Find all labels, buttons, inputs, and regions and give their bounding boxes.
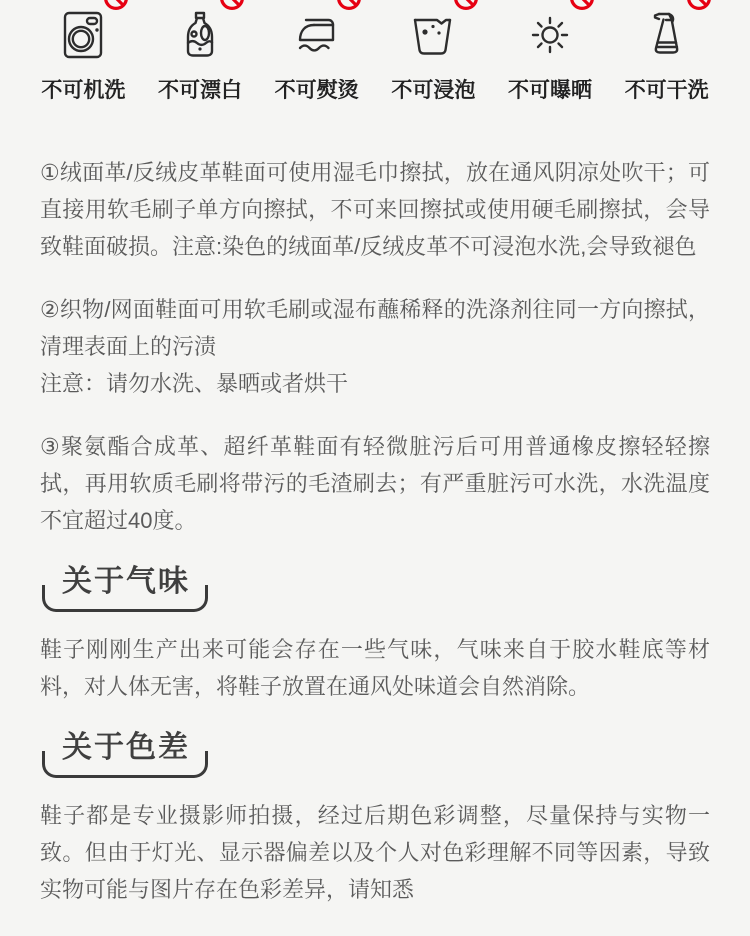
care-paragraph-synthetic: ③聚氨酯合成革、超纤革鞋面有轻微脏污后可用普通橡皮擦轻轻擦拭，再用软质毛刷将带污… <box>40 428 710 539</box>
care-item-no-sun: 不可曝晒 <box>492 10 609 104</box>
care-icons-row: 不可机洗 不可漂白 <box>0 0 750 104</box>
care-paragraph-fabric-text: ②织物/网面鞋面可用软毛刷或湿布蘸稀释的洗涤剂往同一方向擦拭，清理表面上的污渍 <box>40 297 710 359</box>
prohibition-badge-icon <box>219 0 245 11</box>
care-instructions-content: ①绒面革/反绒皮革鞋面可使用湿毛巾擦拭，放在通风阴凉处吹干；可直接用软毛刷子单方… <box>40 154 710 908</box>
care-label: 不可漂白 <box>158 74 242 104</box>
care-label: 不可熨烫 <box>275 74 359 104</box>
care-item-no-bleach: 不可漂白 <box>142 10 259 104</box>
bleach-bottle-icon <box>175 10 225 60</box>
care-item-no-machine-wash: 不可机洗 <box>25 10 142 104</box>
care-label: 不可机洗 <box>41 74 125 104</box>
prohibition-badge-icon <box>686 0 712 11</box>
iron-icon <box>292 10 342 60</box>
care-label: 不可干洗 <box>625 74 709 104</box>
odor-section-heading: 关于气味 <box>40 565 710 613</box>
washing-machine-icon <box>58 10 108 60</box>
care-item-no-iron: 不可熨烫 <box>258 10 375 104</box>
care-label: 不可浸泡 <box>391 74 475 104</box>
sun-icon <box>525 10 575 60</box>
color-section-title: 关于色差 <box>40 731 710 765</box>
soak-basin-icon <box>408 10 458 60</box>
care-paragraph-fabric-note: 注意：请勿水洗、暴晒或者烘干 <box>40 365 710 402</box>
care-item-no-soak: 不可浸泡 <box>375 10 492 104</box>
odor-section-title: 关于气味 <box>40 565 710 599</box>
care-item-no-dry-clean: 不可干洗 <box>608 10 725 104</box>
prohibition-badge-icon <box>453 0 479 11</box>
product-care-page: 不可机洗 不可漂白 <box>0 0 750 936</box>
care-label: 不可曝晒 <box>508 74 592 104</box>
prohibition-badge-icon <box>336 0 362 11</box>
prohibition-badge-icon <box>569 0 595 11</box>
prohibition-badge-icon <box>103 0 129 11</box>
spray-bottle-icon <box>642 10 692 60</box>
odor-section-body: 鞋子刚刚生产出来可能会存在一些气味，气味来自于胶水鞋底等材料，对人体无害，将鞋子… <box>40 631 710 705</box>
care-paragraph-fabric: ②织物/网面鞋面可用软毛刷或湿布蘸稀释的洗涤剂往同一方向擦拭，清理表面上的污渍注… <box>40 291 710 402</box>
color-section-body: 鞋子都是专业摄影师拍摄，经过后期色彩调整，尽量保持与实物一致。但由于灯光、显示器… <box>40 797 710 908</box>
color-section-heading: 关于色差 <box>40 731 710 779</box>
care-paragraph-suede: ①绒面革/反绒皮革鞋面可使用湿毛巾擦拭，放在通风阴凉处吹干；可直接用软毛刷子单方… <box>40 154 710 265</box>
